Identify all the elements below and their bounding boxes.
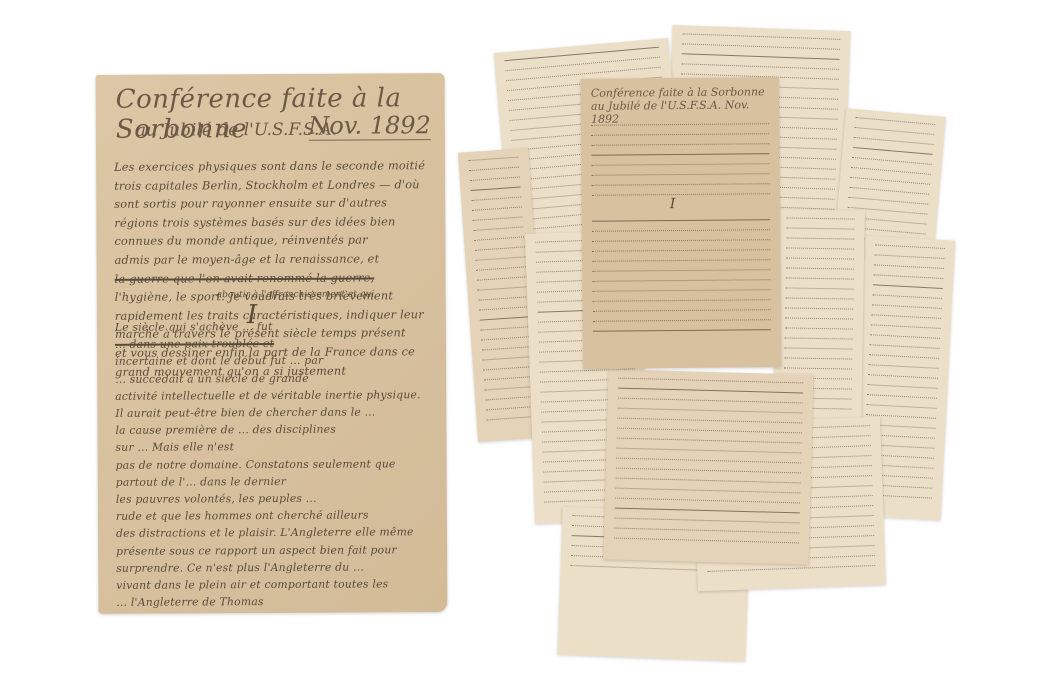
front-page-title: Conférence faite à la Sorbonne au Jubilé… [591, 85, 773, 126]
text-line: activité intellectuelle et de véritable … [115, 386, 432, 405]
text-line: admis par le moyen-âge et la renaissance… [115, 250, 432, 270]
text-line: Le siècle qui s'achève ... fut [115, 317, 432, 336]
text-line: pas de notre domaine. Constatons seuleme… [116, 455, 433, 474]
manuscript-main-page: Conférence faite à la Sorbonne au Jubilé… [96, 73, 448, 614]
text-line: sont sortis pour rayonner ensuite sur d'… [114, 194, 431, 214]
text-line: ... dans une paix troublée et [115, 334, 432, 353]
text-line: surprendre. Ce n'est plus l'Angleterre d… [116, 558, 433, 577]
text-line: Arnold et des ... de l'éducation athléti… [116, 610, 433, 614]
text-line: ... l'Angleterre de Thomas [116, 592, 433, 611]
text-line: trois capitales Berlin, Stockholm et Lon… [114, 176, 431, 196]
text-line: des distractions et le plaisir. L'Anglet… [116, 524, 433, 543]
text-line: présente sous ce rapport un aspect bien … [116, 541, 433, 560]
text-line: sur ... Mais elle n'est [115, 438, 432, 457]
text-line: incertaine et dont le début fut ... par [115, 352, 432, 371]
text-line: connues du monde antique, réinventés par [114, 232, 431, 252]
text-line: les pauvres volontés, les peuples ... [116, 489, 433, 508]
section-note: aboutir à l'affranchissement et qui [217, 289, 375, 300]
page-date: Nov. 1892 [308, 111, 431, 141]
text-line: Les exercices physiques sont dans le sec… [114, 157, 431, 177]
paragraph-2: Le siècle qui s'achève ... fut ... dans … [115, 317, 434, 614]
text-line: la guerre que l'on avait renommé la guer… [115, 269, 432, 289]
text-line: régions trois systèmes basés sur des idé… [114, 213, 431, 233]
text-line: Il aurait peut-être bien de chercher dan… [115, 403, 432, 422]
text-line: ... succédait à un siècle de grande [115, 369, 432, 388]
text-line: la cause première de ... des disciplines [115, 420, 432, 439]
manuscript-sheet [604, 369, 814, 564]
text-line: vivant dans le plein air et comportant t… [116, 575, 433, 594]
text-line: rude et que les hommes ont cherché aille… [116, 506, 433, 525]
manuscript-front-page: Conférence faite à la Sorbonne au Jubilé… [581, 77, 782, 369]
text-line: partout de l'... dans le dernier [116, 472, 433, 491]
page-subtitle: au Jubilé de l'U.S.F.S.A. [136, 120, 337, 141]
